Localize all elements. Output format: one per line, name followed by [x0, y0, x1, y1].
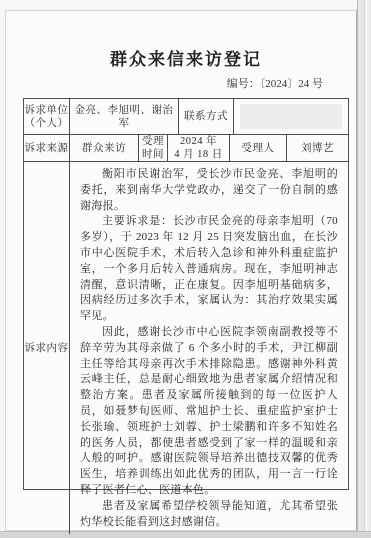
- scanned-document-photo: 群众来信来访登记 编号：〔2024〕24 号 诉求单位 （个人） 金亮、李旭明、…: [0, 0, 371, 538]
- document-title: 群众来信来访登记: [23, 45, 349, 70]
- accept-time-value-cell: 2024 年 4 月 18 日: [168, 135, 230, 162]
- source-label-cell: 诉求来源: [24, 135, 70, 162]
- content-paragraph: 主要诉求是：长沙市民金亮的母亲李旭明（70 多岁），于 2023 年 12 月 …: [80, 214, 338, 325]
- next-page-edge: [364, 0, 369, 538]
- petitioner-label-line1: 诉求单位: [25, 104, 69, 117]
- table-row-petitioner: 诉求单位 （个人） 金亮、李旭明、谢治军 联系方式: [24, 99, 348, 135]
- accept-time-value-line1: 2024 年: [180, 135, 217, 148]
- content-paragraph: 因此，感谢长沙市中心医院李领南副教授等不辞辛劳为其母亲做了 6 个多小时的手术，…: [80, 325, 338, 499]
- petitioner-label-line2: （个人）: [25, 117, 69, 130]
- document-number: 编号：〔2024〕24 号: [23, 75, 349, 91]
- contact-label-cell: 联系方式: [179, 99, 234, 135]
- contact-redaction-box: [240, 104, 342, 129]
- page-stack-edge: [357, 0, 371, 538]
- registration-form-table: 诉求单位 （个人） 金亮、李旭明、谢治军 联系方式 诉求来源 群众来访 受理 时…: [23, 98, 349, 490]
- content-paragraph: 患者及家属希望学校领导能知道，尤其希望张灼华校长能看到这封感谢信。: [80, 499, 338, 531]
- petitioner-label-cell: 诉求单位 （个人）: [24, 99, 70, 135]
- content-paragraph: 衡阳市民谢治军，受长沙市民金亮、李旭明的委托，来到南华大学党政办，递交了一份自制…: [80, 167, 338, 214]
- contact-value-cell: [234, 99, 348, 135]
- source-value-cell: 群众来访: [70, 135, 139, 162]
- table-row-content: 诉求内容 衡阳市民谢治军，受长沙市民金亮、李旭明的委托，来到南华大学党政办，递交…: [24, 162, 348, 534]
- handler-value-cell: 刘博艺: [287, 135, 348, 162]
- table-row-source: 诉求来源 群众来访 受理 时间 2024 年 4 月 18 日 受理人 刘博艺: [24, 135, 348, 162]
- handler-label-cell: 受理人: [230, 135, 287, 162]
- accept-time-label-line2: 时间: [142, 148, 164, 161]
- document-page: 群众来信来访登记 编号：〔2024〕24 号 诉求单位 （个人） 金亮、李旭明、…: [5, 10, 357, 531]
- petitioner-value-cell: 金亮、李旭明、谢治军: [70, 99, 179, 135]
- accept-time-value-line2: 4 月 18 日: [174, 148, 223, 161]
- content-label-cell: 诉求内容: [24, 162, 70, 534]
- accept-time-label-cell: 受理 时间: [139, 135, 168, 162]
- accept-time-label-line1: 受理: [142, 135, 164, 148]
- content-value-cell: 衡阳市民谢治军，受长沙市民金亮、李旭明的委托，来到南华大学党政办，递交了一份自制…: [70, 162, 348, 534]
